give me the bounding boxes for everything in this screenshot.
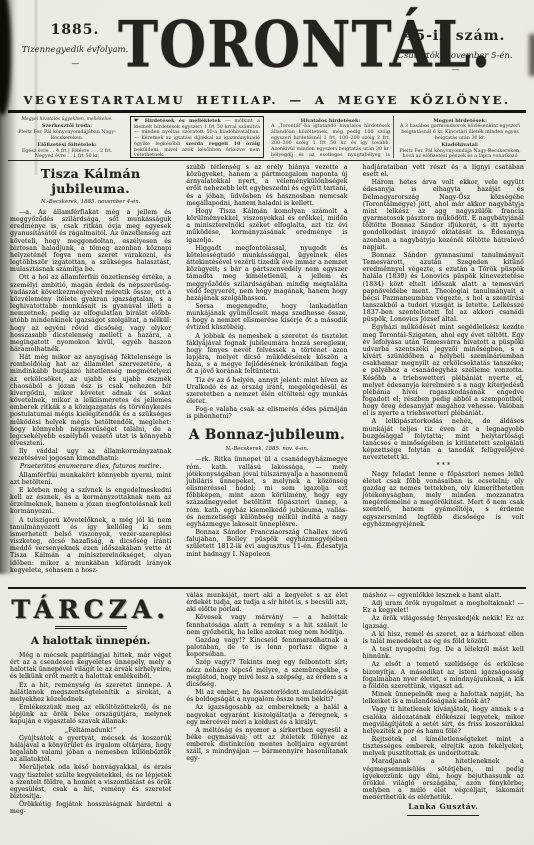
- paragraph: Kövesek vagy márvány — a halottak fennha…: [186, 614, 347, 635]
- paragraph: E körben még a szívnek is engedelmeskedn…: [10, 487, 171, 516]
- feuilleton-col3-text: máshoz — egyenlőkké lesznek a hant alatt…: [363, 592, 524, 799]
- advertisements-block: ☛ Hirdetések és mellékletek — mólkint a …: [130, 116, 264, 158]
- bonnaz-col2-text: —rk. Ritka ünnepet ül a csanádegyházmegy…: [186, 456, 347, 557]
- main-articles: Tisza Kálmán jubileuma. N.-Becskerek, 18…: [8, 164, 526, 584]
- bonnaz-headline: A Bonnaz-jubileum.: [186, 427, 347, 443]
- county-ads-block: Megyei hirdetések: A 3 hasábos garmondso…: [394, 116, 526, 158]
- feuilleton-col1-text: Még a mécsek papírlángjai hittek, már vé…: [10, 652, 171, 815]
- paragraph: Még a mécsek papírlángjai hittek, már vé…: [10, 652, 171, 681]
- paragraph: A méltóság és nyomor a sírkertben egyesü…: [186, 727, 347, 763]
- paragraph: Az elsőt a temető szelídsége és erkölcse…: [363, 661, 524, 690]
- column-2: szúbb tétlenség s az erély hiánya vezett…: [184, 164, 349, 584]
- paragraph: Gyújtsátok a gyertyát, mécsek és koszorú…: [10, 735, 171, 764]
- paragraph: Egyházi működését mint segédlelkész kezd…: [363, 324, 524, 417]
- paragraph: Sorsa megengedte, hogy lankadatlan munká…: [186, 303, 347, 332]
- paragraph: hadjárataiban vett részt és a lignyi csa…: [363, 164, 524, 178]
- paragraph: válás munkáját, mert aki a kegyelet s az…: [186, 592, 347, 613]
- feuilleton-column-2: válás munkáját, mert aki a kegyelet s az…: [184, 592, 349, 822]
- paragraph: „Feltámadunk!”: [10, 727, 171, 734]
- manicule-icon: ☛: [134, 117, 139, 124]
- paragraph: Tíz év az ő helyén, annyit jelent: mint …: [186, 377, 347, 406]
- paragraph: Fog-e valaha csak az elismerés édes párn…: [186, 406, 347, 420]
- bonnaz-col3-text: hadjárataiban vett részt és a lignyi csa…: [363, 164, 524, 528]
- paragraph: Bonnaz Sándor gymnasiumi tanulmányait Te…: [363, 252, 524, 324]
- issue-number: 45-ik szám.: [388, 28, 522, 44]
- paragraph: * * *: [363, 462, 524, 469]
- ads-deadline: szerda reggeli 10 óráig: [186, 141, 260, 147]
- paragraph: Mi az ember, ha összetorlódott mulandósá…: [186, 689, 347, 703]
- bonnaz-dateline: N.-Becskerek, 1885. nov. 4-én.: [186, 446, 347, 452]
- paragraph: Ott a hol az államférfiúi önzetlenség ér…: [10, 274, 171, 353]
- subscription-line2: Negyed évre . . 1 frt 50 kr.: [35, 154, 99, 158]
- feuilleton-title: TÁRCZA.: [10, 595, 171, 624]
- paragraph: A ki hisz, remél és szeret, az a kárhoza…: [363, 631, 524, 645]
- feuilleton-col2-text: válás munkáját, mert aki a kegyelet s az…: [186, 592, 347, 763]
- paragraph: Adj uram örök nyugalmat a megholtaknak! …: [363, 600, 524, 614]
- paragraph: Praeteritos enumerare dies, futuros meti…: [10, 463, 171, 470]
- official-ads-block: Hivatalos hirdetések: A „Torontál”-ba ig…: [268, 116, 394, 158]
- dash-ornament: —: [388, 65, 522, 74]
- paper-subtitle: VEGYESTARTALMU HETILAP. — A MEGYE KÖZLÖN…: [0, 93, 534, 107]
- feuilleton-headline: A halottak ünnepén.: [10, 635, 171, 647]
- official-ads-text: A „Torontál”-ba igtatandó hivatalos hird…: [271, 124, 390, 158]
- paragraph: —rk. Ritka ünnepet ül a csanádegyházmegy…: [186, 456, 347, 528]
- editorial-office-block: Megyei hivatalos ügyekben, mellékelve. S…: [8, 116, 126, 158]
- paragraph: Higgadt megfontolással, nyugodt és kötel…: [186, 245, 347, 302]
- scan-right-artifact: [529, 34, 534, 76]
- paragraph: Szép vagy!? Tekints meg egy felbontott s…: [186, 659, 347, 688]
- ads-title: Hirdetések és mellékletek: [145, 118, 221, 124]
- paragraph: Az örök világosság fényeskedjék nekik! E…: [363, 615, 524, 629]
- paragraph: Három hetes árva volt ekkor, vele együtt…: [363, 179, 524, 251]
- masthead-rule: [8, 110, 526, 113]
- masthead-right: 45-ik szám. Csütörtök, november 5-én. —: [388, 28, 522, 74]
- feuilleton-column-3: máshoz — egyenlőkké lesznek a hant alatt…: [361, 592, 526, 822]
- editorial-text: Pleitz Fer. Pál könyvnyomdájában Nagy-Be…: [18, 130, 116, 141]
- paragraph: Örökkétig fogjátok hosszúságnak hirdetni…: [10, 801, 171, 815]
- paragraph: Minek ünnepelnők meg a halottak napját, …: [363, 691, 524, 705]
- tisza-col2-text: szúbb tétlenség s az erély hiánya vezett…: [186, 164, 347, 420]
- end-rule: [407, 815, 479, 816]
- paragraph: —a. Az államférfiakat még a jellem és me…: [10, 209, 171, 273]
- paragraph: Gazdag vagy!? Kincseid fennmaradhatnak a…: [186, 637, 347, 658]
- paragraph: Rejtsétek el kíméletlenségteket mint a t…: [363, 736, 524, 757]
- publisher-text: Pleitz Fer. Pál könyvnyomdája Nagy-Becsk…: [399, 149, 520, 158]
- column-3: hadjárataiban vett részt és a lignyi csa…: [361, 164, 526, 584]
- paragraph: Emlékezzünk meg az elköltözöttekről, és …: [10, 704, 171, 725]
- paragraph: Hát még mikor az anyagiság féktelensége …: [10, 354, 171, 447]
- info-bar: Megyei hivatalos ügyekben, mellékelve. S…: [8, 116, 526, 158]
- tisza-dateline: N.-Becskerek, 1885. november 4-én.: [10, 199, 171, 205]
- feuilleton-rule: [8, 587, 526, 589]
- paragraph: Merüljetek oda késő honvágyakkal, és érz…: [10, 764, 171, 800]
- paragraph: A test nyugodni fog. De a lélekről mást …: [363, 646, 524, 660]
- paragraph: Bonnaz Sándor Francziaország Challex nev…: [186, 529, 347, 558]
- paragraph: A tulszigorú követelőknek, a még jól ki …: [10, 517, 171, 574]
- paper-title: TORONTÁL.: [118, 10, 418, 80]
- paper-crease: [34, 0, 38, 175]
- paragraph: Az igazságosabb az embereknek; a halál a…: [186, 704, 347, 725]
- feuilleton-section: TÁRCZA. A halottak ünnepén. Még a mécsek…: [8, 592, 526, 822]
- paragraph: Hogy Tisza Kálmán komolyan számolt a kör…: [186, 208, 347, 244]
- paragraph: Nagy feladat lenne e főpásztori nemes le…: [363, 471, 524, 528]
- infobar-rule: [8, 160, 526, 161]
- paragraph: Államférfiúi munkakört könnyebb nyerni, …: [10, 472, 171, 486]
- author-signature: Lanka Gusztáv.: [363, 802, 524, 811]
- issue-date: Csütörtök, november 5-én.: [388, 51, 522, 61]
- paragraph: Maradjanak a hitetleneknek a végmegsemmi…: [363, 758, 524, 799]
- paragraph: A jobbak és nemesbek a szeretet és tiszt…: [186, 333, 347, 376]
- paragraph: máshoz — egyenlőkké lesznek a hant alatt…: [363, 592, 524, 599]
- paragraph: Vagy ti hitetlenek kívánjátok, hogy anna…: [363, 706, 524, 735]
- feuilleton-column-1: TÁRCZA. A halottak ünnepén. Még a mécsek…: [8, 592, 173, 822]
- ads-text2: beküldeni, mivel azok későbben érkezve n…: [134, 148, 260, 158]
- tisza-col1-text: —a. Az államférfiakat még a jellem és me…: [10, 209, 171, 574]
- paragraph: Ez a hit, reménység és szeretet ünnepe. …: [10, 682, 171, 703]
- paragraph: Ily váddal ugy az államkormányzatnak vez…: [10, 448, 171, 462]
- county-ads-text: A 3 hasábos garmondsorok közlésenkint eg…: [400, 124, 520, 140]
- paragraph: szúbb tétlenség s az erély hiánya vezett…: [186, 164, 347, 207]
- newspaper-page: 1885. Tizennegyedik évfolyam. — TORONTÁL…: [0, 0, 534, 845]
- column-1: Tisza Kálmán jubileuma. N.-Becskerek, 18…: [8, 164, 173, 584]
- ornament-rule: [55, 626, 127, 629]
- paragraph: A lelkipásztorkodás nehéz, de áldásos mu…: [363, 418, 524, 461]
